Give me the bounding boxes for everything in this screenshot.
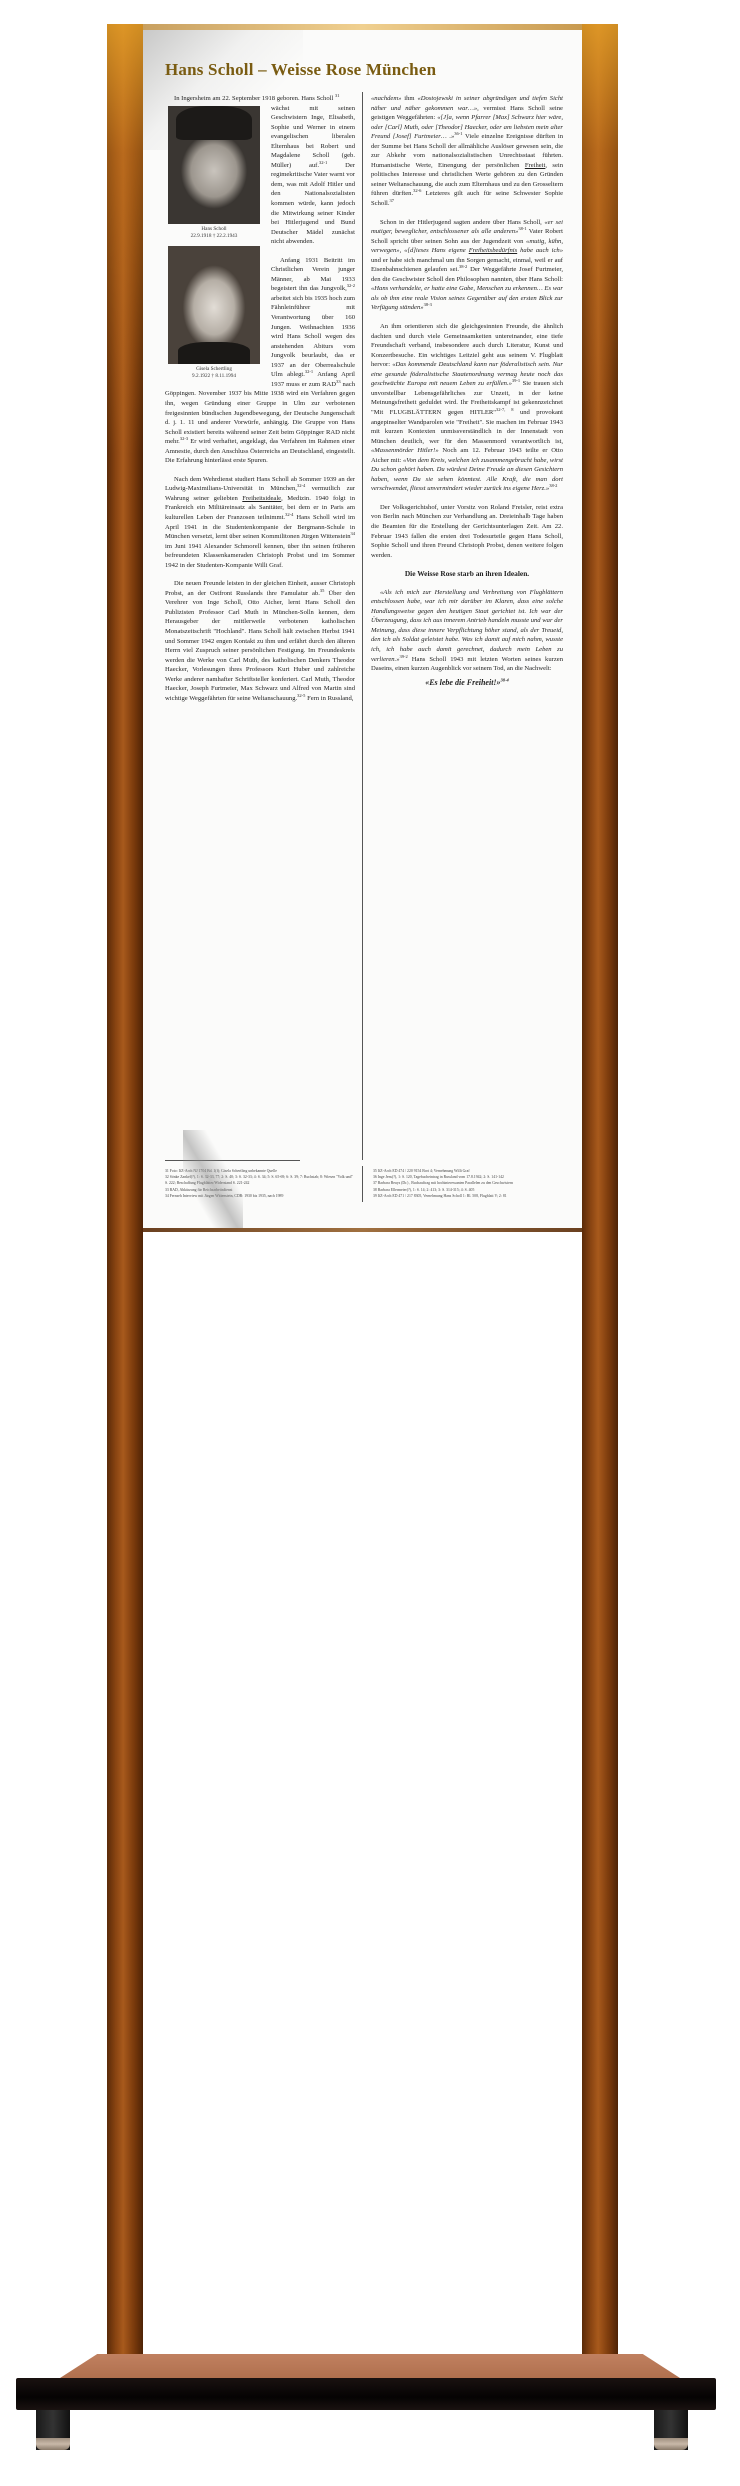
footnote-rule — [165, 1160, 300, 1161]
blank-lower-panel — [143, 1232, 582, 2360]
photo-hans-scholl: Hans Scholl22.9.1918 † 22.2.1943 Gisela … — [165, 106, 263, 380]
left-wooden-pillar — [107, 24, 143, 2374]
photo-caption: Hans Scholl22.9.1918 † 22.2.1943 — [165, 226, 263, 240]
footnote: 32 Sönke Zankel(?), 1: S. 32-33, 77; 2: … — [165, 1174, 355, 1186]
exhibit-poster: Hans Scholl – Weisse Rose München In Ing… — [143, 30, 582, 1228]
paragraph: In Ingersheim am 22. September 1918 gebo… — [165, 94, 355, 104]
left-foot — [36, 2410, 70, 2450]
footnotes-right: 35 IfZ-Arch ED 474 / 220 9154 Bort 4; Ve… — [373, 1168, 563, 1199]
paragraph: Nach dem Wehrdienst studiert Hans Scholl… — [165, 475, 355, 570]
paragraph: Die neuen Freunde leisten in der gleiche… — [165, 579, 355, 703]
base-black-slab — [16, 2378, 716, 2410]
felt-pad — [654, 2438, 688, 2450]
footnote: 39 IfZ-Arch ED 471 / 217 8305, Vernehmun… — [373, 1193, 563, 1199]
footnote-divider — [362, 1166, 363, 1202]
pillar-highlight — [107, 24, 143, 454]
paragraph: Schon in der Hitlerjugend sagten andere … — [371, 218, 563, 313]
paragraph: Der Volksgerichtshof, unter Vorsitz von … — [371, 503, 563, 560]
right-foot — [654, 2410, 688, 2450]
right-text-column: «nachdem» ihm «Dostojewski in seiner abg… — [371, 94, 563, 696]
column-divider — [362, 92, 363, 1160]
portrait-image — [168, 106, 260, 224]
base-top-surface — [60, 2354, 680, 2378]
footnotes-left: 31 Foto: IfZ-Arch NJ 1704 Bd. 1(f); Gise… — [165, 1168, 355, 1199]
section-subheading: Die Weisse Rose starb an ihren Idealen. — [371, 569, 563, 579]
paragraph: «nachdem» ihm «Dostojewski in seiner abg… — [371, 94, 563, 209]
right-wooden-pillar — [582, 24, 618, 2374]
poster-title: Hans Scholl – Weisse Rose München — [165, 60, 436, 80]
footnote: 34 Fernseh Interview mit Jürgen Wittenst… — [165, 1193, 355, 1199]
paragraph: «Als ich mich zur Herstellung und Verbre… — [371, 588, 563, 674]
left-text-column: In Ingersheim am 22. September 1918 gebo… — [165, 94, 355, 712]
portrait-image — [168, 246, 260, 364]
pillar-highlight — [582, 24, 618, 454]
photo-caption: Gisela Schertling9.2.1922 † 8.11.1994 — [165, 366, 263, 380]
felt-pad — [36, 2438, 70, 2450]
final-quote: «Es lebe die Freiheit!»38-4 — [371, 678, 563, 688]
paragraph: An ihm orientieren sich die gleichgesinn… — [371, 322, 563, 494]
